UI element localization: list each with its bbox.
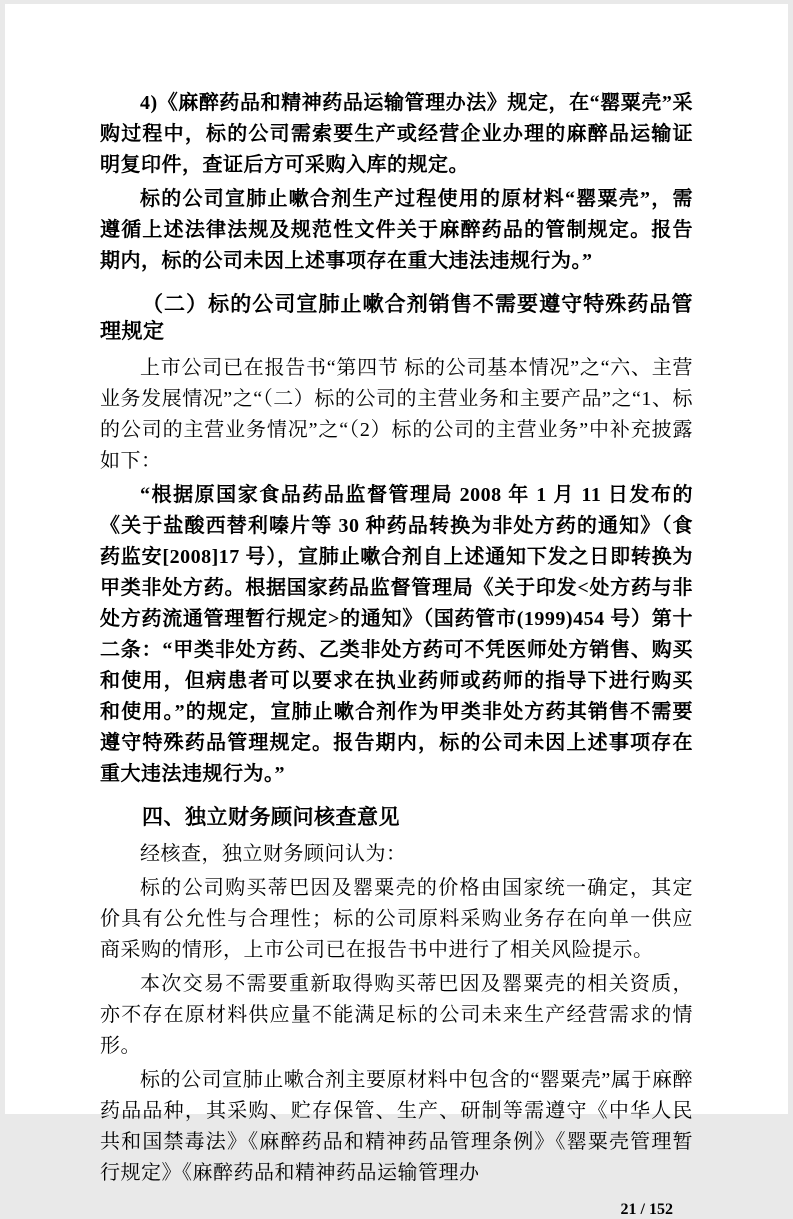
section-heading-2: （二）标的公司宣肺止嗽合剂销售不需要遵守特殊药品管理规定 [100,291,693,345]
document-content: 4)《麻醉药品和精神药品运输管理办法》规定，在“罂粟壳”采购过程中，标的公司需索… [100,85,693,1219]
paragraph-advisor-intro: 经核查，独立财务顾问认为： [100,839,693,870]
paragraph-pricing-opinion: 标的公司购买蒂巴因及罂粟壳的价格由国家统一确定，其定价具有公允性与合理性；标的公… [100,873,693,966]
paragraph-compliance-opinion: 标的公司宣肺止嗽合剂主要原材料中包含的“罂粟壳”属于麻醉药品品种，其采购、贮存保… [100,1065,693,1189]
paragraph-quoted-regulation: “根据原国家食品药品监督管理局 2008 年 1 月 11 日发布的《关于盐酸西… [100,480,693,790]
document-page: 4)《麻醉药品和精神药品运输管理办法》规定，在“罂粟壳”采购过程中，标的公司需索… [5,4,788,1114]
paragraph-qualification-opinion: 本次交易不需要重新取得购买蒂巴因及罂粟壳的相关资质，亦不存在原材料供应量不能满足… [100,969,693,1062]
section-heading-4: 四、独立财务顾问核查意见 [100,804,693,831]
paragraph-disclosure-intro: 上市公司已在报告书“第四节 标的公司基本情况”之“六、主营业务发展情况”之“（二… [100,353,693,477]
paragraph-transport-rule: 4)《麻醉药品和精神药品运输管理办法》规定，在“罂粟壳”采购过程中，标的公司需索… [100,88,693,181]
paragraph-raw-material: 标的公司宣肺止嗽合剂生产过程使用的原材料“罂粟壳”，需遵循上述法律法规及规范性文… [100,184,693,277]
page-number: 21 / 152 [100,1201,693,1219]
